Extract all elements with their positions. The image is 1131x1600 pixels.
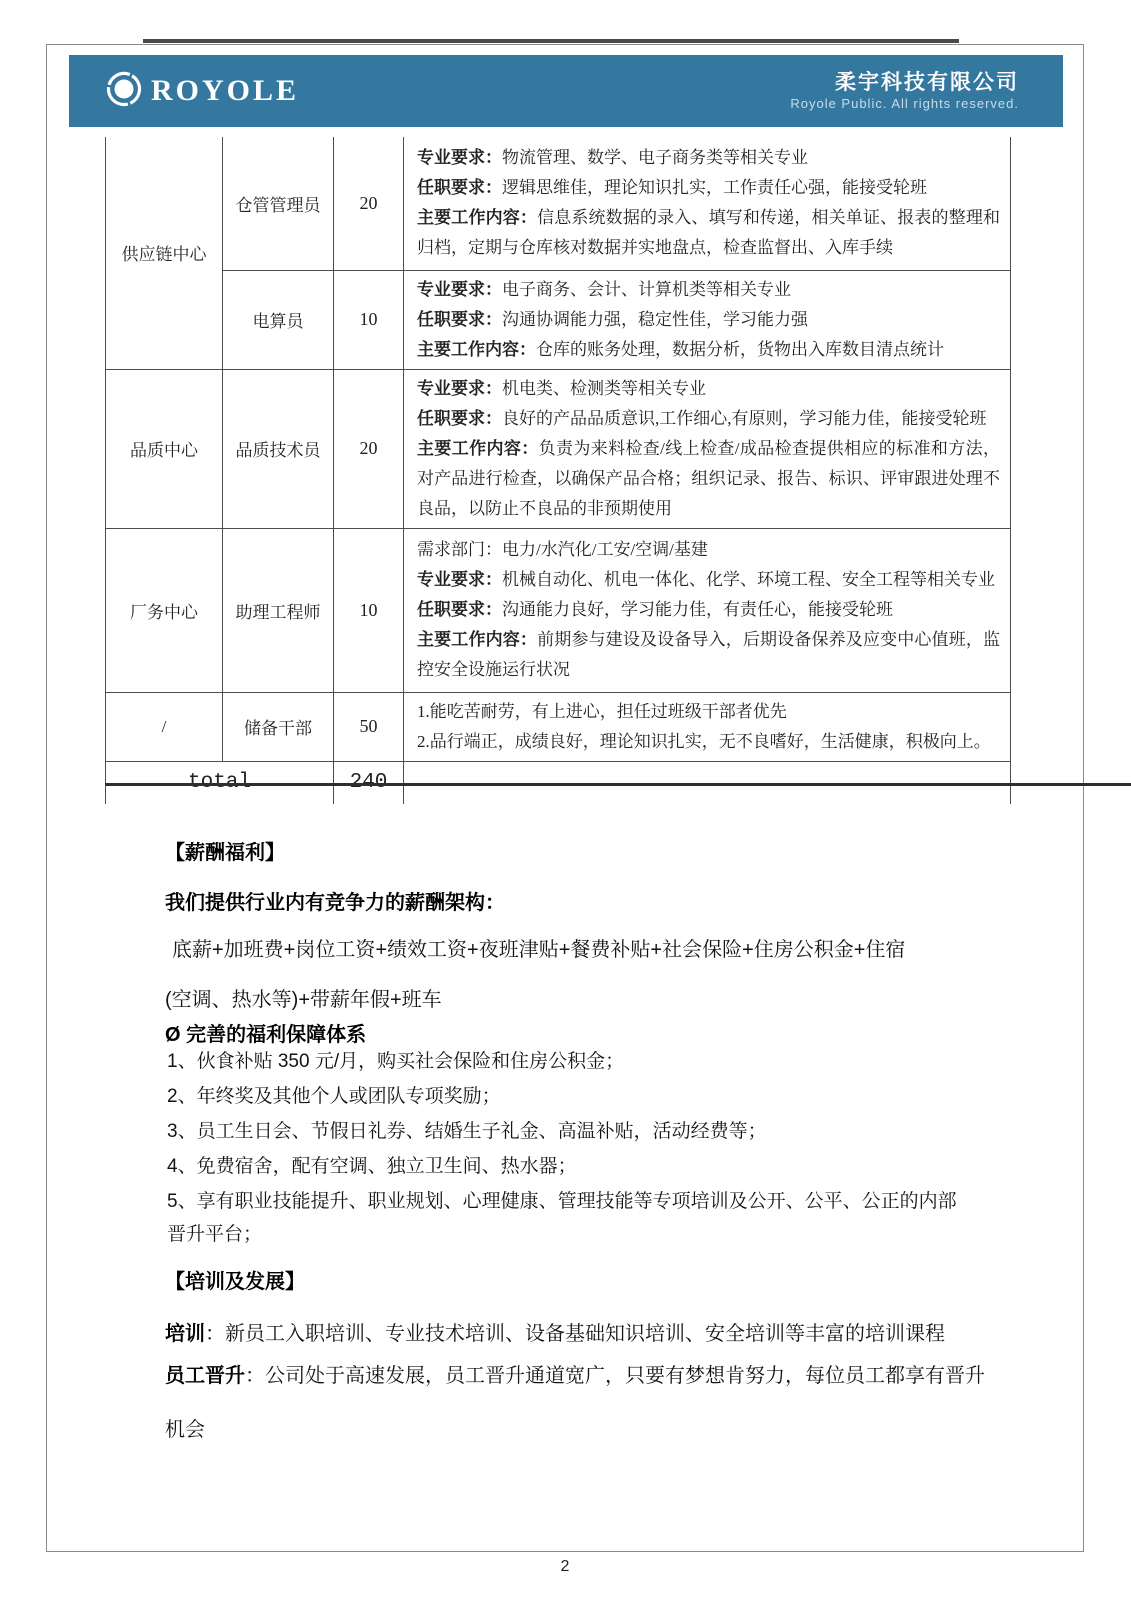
job-table: 供应链中心仓管管理员20专业要求：物流管理、数学、电子商务类等相关专业任职要求：… [105, 137, 1011, 804]
rights-text: Royole Public. All rights reserved. [790, 96, 1019, 112]
dept-cell: 供应链中心 [106, 137, 223, 369]
welfare-item: 4、免费宿舍，配有空调、独立卫生间、热水器； [167, 1150, 967, 1183]
welfare-heading: Ø 完善的福利保障体系 [165, 1018, 366, 1047]
detail-line: 1.能吃苦耐劳，有上进心，担任过班级干部者优先 [417, 697, 1000, 727]
detail-line: 专业要求：电子商务、会计、计算机类等相关专业 [417, 275, 1000, 305]
headcount-cell: 20 [334, 137, 404, 270]
training-line: 培训：新员工入职培训、专业技术培训、设备基础知识培训、安全培训等丰富的培训课程 [165, 1317, 945, 1346]
position-cell: 助理工程师 [223, 528, 334, 692]
headcount-cell: 50 [334, 692, 404, 761]
table-row: 电算员10专业要求：电子商务、会计、计算机类等相关专业任职要求：沟通协调能力强，… [106, 270, 1011, 369]
page-number: 2 [46, 1558, 1084, 1576]
detail-line: 任职要求：逻辑思维佳，理论知识扎实，工作责任心强，能接受轮班 [417, 173, 1000, 203]
promotion-label: 员工晋升 [165, 1365, 245, 1387]
detail-line: 专业要求：物流管理、数学、电子商务类等相关专业 [417, 143, 1000, 173]
table-row: /储备干部501.能吃苦耐劳，有上进心，担任过班级干部者优先2.品行端正，成绩良… [106, 692, 1011, 761]
table-row: 品质中心品质技术员20专业要求：机电类、检测类等相关专业任职要求：良好的产品品质… [106, 369, 1011, 528]
training-label: 培训 [165, 1323, 205, 1345]
dept-cell: / [106, 692, 223, 761]
detail-line: 主要工作内容：仓库的账务处理，数据分析，货物出入库数目清点统计 [417, 335, 1000, 365]
position-cell: 储备干部 [223, 692, 334, 761]
table-row: 厂务中心助理工程师10需求部门：电力/水汽化/工安/空调/基建专业要求：机械自动… [106, 528, 1011, 692]
welfare-item: 5、享有职业技能提升、职业规划、心理健康、管理技能等专项培训及公开、公平、公正的… [167, 1185, 967, 1251]
table-bottom-rule [105, 783, 1131, 786]
details-cell: 专业要求：物流管理、数学、电子商务类等相关专业任职要求：逻辑思维佳，理论知识扎实… [404, 137, 1011, 270]
company-name: 柔宇科技有限公司 [790, 70, 1019, 96]
headcount-cell: 20 [334, 369, 404, 528]
welfare-item: 3、员工生日会、节假日礼券、结婚生子礼金、高温补贴，活动经费等； [167, 1115, 967, 1148]
detail-line: 专业要求：机电类、检测类等相关专业 [417, 374, 1000, 404]
dept-cell: 品质中心 [106, 369, 223, 528]
dept-cell: 厂务中心 [106, 528, 223, 692]
details-cell: 专业要求：机电类、检测类等相关专业任职要求：良好的产品品质意识,工作细心,有原则… [404, 369, 1011, 528]
detail-line: 任职要求：良好的产品品质意识,工作细心,有原则，学习能力佳，能接受轮班 [417, 404, 1000, 434]
top-rule [143, 39, 959, 43]
details-cell: 1.能吃苦耐劳，有上进心，担任过班级干部者优先2.品行端正，成绩良好，理论知识扎… [404, 692, 1011, 761]
welfare-list: 1、伙食补贴 350 元/月，购买社会保险和住房公积金；2、年终奖及其他个人或团… [167, 1045, 967, 1253]
document-page: ROYOLE 柔宇科技有限公司 Royole Public. All right… [0, 0, 1131, 1600]
banner-right: 柔宇科技有限公司 Royole Public. All rights reser… [790, 70, 1019, 113]
royole-logo: ROYOLE [105, 70, 299, 113]
detail-line: 专业要求：机械自动化、机电一体化、化学、环境工程、安全工程等相关专业 [417, 565, 1000, 595]
detail-line: 主要工作内容：负责为来料检查/线上检查/成品检查提供相应的标准和方法，对产品进行… [417, 434, 1000, 524]
table-row: 供应链中心仓管管理员20专业要求：物流管理、数学、电子商务类等相关专业任职要求：… [106, 137, 1011, 270]
position-cell: 仓管管理员 [223, 137, 334, 270]
salary-formula-line-1: 底薪+加班费+岗位工资+绩效工资+夜班津贴+餐费补贴+社会保险+住房公积金+住宿 [172, 933, 905, 962]
royole-logo-icon [105, 70, 143, 113]
promotion-text: ：公司处于高速发展，员工晋升通道宽广，只要有梦想肯努力，每位员工都享有晋升机会 [165, 1365, 985, 1441]
position-cell: 品质技术员 [223, 369, 334, 528]
position-cell: 电算员 [223, 270, 334, 369]
welfare-item: 2、年终奖及其他个人或团队专项奖励； [167, 1080, 967, 1113]
detail-line: 2.品行端正，成绩良好，理论知识扎实，无不良嗜好，生活健康，积极向上。 [417, 727, 1000, 757]
training-section-title: 【培训及发展】 [165, 1265, 305, 1294]
headcount-cell: 10 [334, 270, 404, 369]
detail-line: 主要工作内容：信息系统数据的录入、填写和传递，相关单证、报表的整理和归档，定期与… [417, 203, 1000, 263]
welfare-item: 1、伙食补贴 350 元/月，购买社会保险和住房公积金； [167, 1045, 967, 1078]
benefits-section-title: 【薪酬福利】 [165, 836, 285, 865]
details-cell: 需求部门：电力/水汽化/工安/空调/基建专业要求：机械自动化、机电一体化、化学、… [404, 528, 1011, 692]
header-banner: ROYOLE 柔宇科技有限公司 Royole Public. All right… [69, 55, 1063, 127]
headcount-cell: 10 [334, 528, 404, 692]
detail-line: 主要工作内容：前期参与建设及设备导入，后期设备保养及应变中心值班，监控安全设施运… [417, 625, 1000, 685]
detail-line: 任职要求：沟通协调能力强，稳定性佳，学习能力强 [417, 305, 1000, 335]
benefits-intro: 我们提供行业内有竞争力的薪酬架构： [165, 886, 505, 915]
detail-line: 需求部门：电力/水汽化/工安/空调/基建 [417, 535, 1000, 565]
logo-text: ROYOLE [151, 74, 299, 108]
training-text: ：新员工入职培训、专业技术培训、设备基础知识培训、安全培训等丰富的培训课程 [205, 1323, 945, 1345]
salary-formula-line-2: (空调、热水等)+带薪年假+班车 [165, 983, 442, 1012]
details-cell: 专业要求：电子商务、会计、计算机类等相关专业任职要求：沟通协调能力强，稳定性佳，… [404, 270, 1011, 369]
detail-line: 任职要求：沟通能力良好，学习能力佳，有责任心，能接受轮班 [417, 595, 1000, 625]
promotion-line: 员工晋升：公司处于高速发展，员工晋升通道宽广，只要有梦想肯努力，每位员工都享有晋… [165, 1349, 987, 1457]
